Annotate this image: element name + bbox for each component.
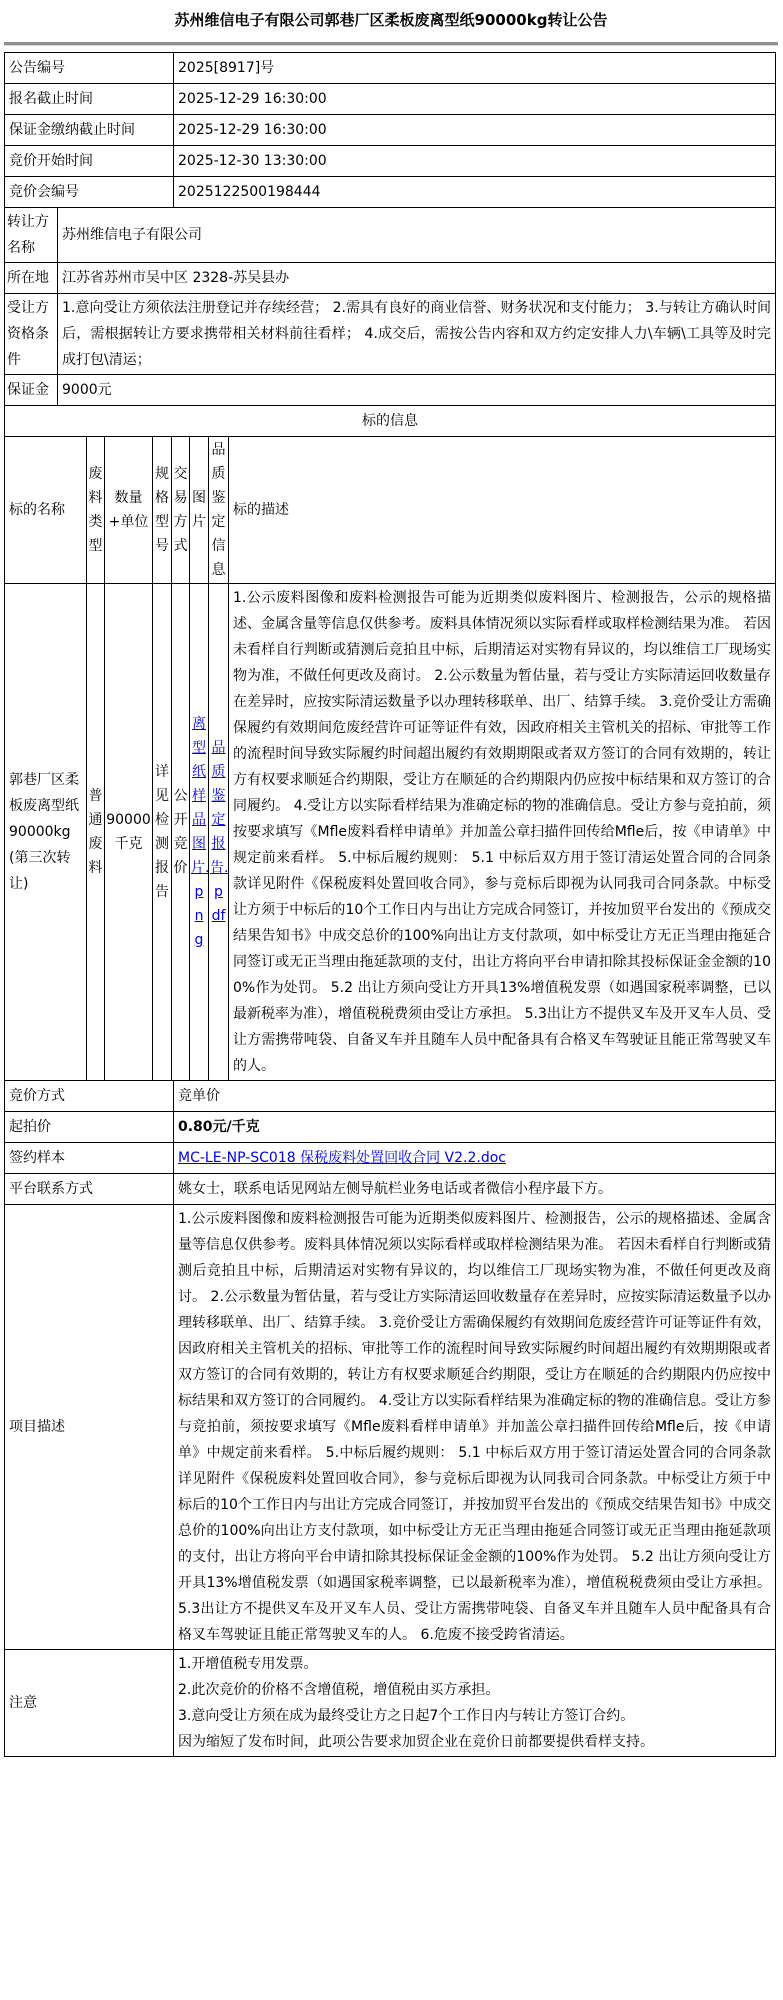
deposit-deadline-label: 保证金缴纳截止时间 [5,115,174,146]
notes-label: 注意 [5,1650,174,1757]
bid-start-value: 2025-12-30 13:30:00 [174,146,776,177]
target-info-section-title: 标的信息 [5,406,776,437]
announcement-info-table: 公告编号 2025[8917]号 报名截止时间 2025-12-29 16:30… [4,52,776,208]
target-name-cell: 郭巷厂区柔板废离型纸90000kg(第三次转让) [5,584,87,1081]
start-price-value: 0.80元/千克 [174,1112,776,1143]
note-line: 3.意向受让方须在成为最终受让方之日起7个工作日内与转让方签订合约。 [178,1703,771,1729]
table-row: 公告编号 2025[8917]号 [5,53,776,84]
target-data-row: 郭巷厂区柔板废离型纸90000kg(第三次转让) 普通废料 90000千克 详见… [5,584,776,1081]
table-row: 所在地 江苏省苏州市吴中区 2328-苏吴县办 [5,263,776,294]
table-row: 注意 1.开增值税专用发票。 2.此次竞价的价格不含增值税，增值税由买方承担。 … [5,1650,776,1757]
table-row: 竞价方式 竞单价 [5,1081,776,1112]
target-info-header-table: 标的信息 [4,405,776,437]
transferor-name-label: 转让方名称 [5,208,58,263]
table-row: 标的信息 [5,406,776,437]
table-row: 保证金缴纳截止时间 2025-12-29 16:30:00 [5,115,776,146]
party-info-table: 转让方名称 苏州维信电子有限公司 所在地 江苏省苏州市吴中区 2328-苏吴县办… [4,207,776,406]
signup-deadline-value: 2025-12-29 16:30:00 [174,84,776,115]
platform-contact-value: 姚女士，联系电话见网站左侧导航栏业务电话或者微信小程序最下方。 [174,1174,776,1205]
table-row: 平台联系方式 姚女士，联系电话见网站左侧导航栏业务电话或者微信小程序最下方。 [5,1174,776,1205]
table-row: 保证金 9000元 [5,375,776,406]
table-row: 转让方名称 苏州维信电子有限公司 [5,208,776,263]
page-title: 苏州维信电子有限公司郭巷厂区柔板废离型纸90000kg转让公告 [4,9,778,31]
col-header-target-name: 标的名称 [5,437,87,584]
sample-picture-link[interactable]: 离型纸样品图片.png [191,716,209,948]
col-header-trade-mode: 交易方式 [172,437,190,584]
col-header-quantity-unit: 数量+单位 [105,437,153,584]
table-row: 竞价会编号 2025122500198444 [5,177,776,208]
location-value: 江苏省苏州市吴中区 2328-苏吴县办 [58,263,776,294]
quantity-cell: 90000千克 [105,584,153,1081]
signup-deadline-label: 报名截止时间 [5,84,174,115]
col-header-picture: 图片 [190,437,209,584]
table-row: 起拍价 0.80元/千克 [5,1112,776,1143]
trade-mode-cell: 公开竞价 [172,584,190,1081]
target-info-table: 标的名称 废料类型 数量+单位 规格型号 交易方式 图片 品质鉴定信息 标的描述… [4,436,776,1081]
bid-method-value: 竞单价 [174,1081,776,1112]
announcement-page: 苏州维信电子有限公司郭巷厂区柔板废离型纸90000kg转让公告 公告编号 202… [0,9,783,1757]
note-line: 2.此次竞价的价格不含增值税，增值税由买方承担。 [178,1677,771,1703]
project-description-label: 项目描述 [5,1205,174,1650]
table-row: 签约样本 MC-LE-NP-SC018 保税废料处置回收合同 V2.2.doc [5,1143,776,1174]
quality-report-cell: 品质鉴定报告.pdf [209,584,229,1081]
bid-method-label: 竞价方式 [5,1081,174,1112]
table-row: 报名截止时间 2025-12-29 16:30:00 [5,84,776,115]
location-label: 所在地 [5,263,58,294]
col-header-target-description: 标的描述 [229,437,776,584]
transferor-name-value: 苏州维信电子有限公司 [58,208,776,263]
transferee-qualification-value: 1.意向受让方须依法注册登记并存续经营； 2.需具有良好的商业信誉、财务状况和支… [58,294,776,375]
target-header-row: 标的名称 废料类型 数量+单位 规格型号 交易方式 图片 品质鉴定信息 标的描述 [5,437,776,584]
deposit-deadline-value: 2025-12-29 16:30:00 [174,115,776,146]
contract-sample-label: 签约样本 [5,1143,174,1174]
col-header-waste-type: 废料类型 [87,437,105,584]
start-price-label: 起拍价 [5,1112,174,1143]
announcement-no-value: 2025[8917]号 [174,53,776,84]
contract-sample-cell: MC-LE-NP-SC018 保税废料处置回收合同 V2.2.doc [174,1143,776,1174]
spec-cell: 详见检测报告 [153,584,172,1081]
bid-session-no-value: 2025122500198444 [174,177,776,208]
target-description-cell: 1.公示废料图像和废料检测报告可能为近期类似废料图片、检测报告，公示的规格描述、… [229,584,776,1081]
table-row: 受让方资格条件 1.意向受让方须依法注册登记并存续经营； 2.需具有良好的商业信… [5,294,776,375]
title-divider [4,42,778,46]
platform-contact-label: 平台联系方式 [5,1174,174,1205]
col-header-spec-model: 规格型号 [153,437,172,584]
project-description-value: 1.公示废料图像和废料检测报告可能为近期类似废料图片、检测报告，公示的规格描述、… [174,1205,776,1650]
bid-session-no-label: 竞价会编号 [5,177,174,208]
transferee-qualification-label: 受让方资格条件 [5,294,58,375]
note-line: 因为缩短了发布时间，此项公告要求加贸企业在竞价日前都要提供看样支持。 [178,1729,771,1755]
deposit-value: 9000元 [58,375,776,406]
notes-value-cell: 1.开增值税专用发票。 2.此次竞价的价格不含增值税，增值税由买方承担。 3.意… [174,1650,776,1757]
waste-type-cell: 普通废料 [87,584,105,1081]
quality-report-link[interactable]: 品质鉴定报告.pdf [210,740,228,924]
picture-cell: 离型纸样品图片.png [190,584,209,1081]
table-row: 项目描述 1.公示废料图像和废料检测报告可能为近期类似废料图片、检测报告，公示的… [5,1205,776,1650]
description-notes-table: 项目描述 1.公示废料图像和废料检测报告可能为近期类似废料图片、检测报告，公示的… [4,1204,776,1757]
bidding-terms-table: 竞价方式 竞单价 起拍价 0.80元/千克 签约样本 MC-LE-NP-SC01… [4,1080,776,1205]
col-header-quality-info: 品质鉴定信息 [209,437,229,584]
deposit-label: 保证金 [5,375,58,406]
note-line: 1.开增值税专用发票。 [178,1651,771,1677]
bid-start-label: 竞价开始时间 [5,146,174,177]
announcement-no-label: 公告编号 [5,53,174,84]
contract-sample-link[interactable]: MC-LE-NP-SC018 保税废料处置回收合同 V2.2.doc [178,1150,506,1166]
table-row: 竞价开始时间 2025-12-30 13:30:00 [5,146,776,177]
